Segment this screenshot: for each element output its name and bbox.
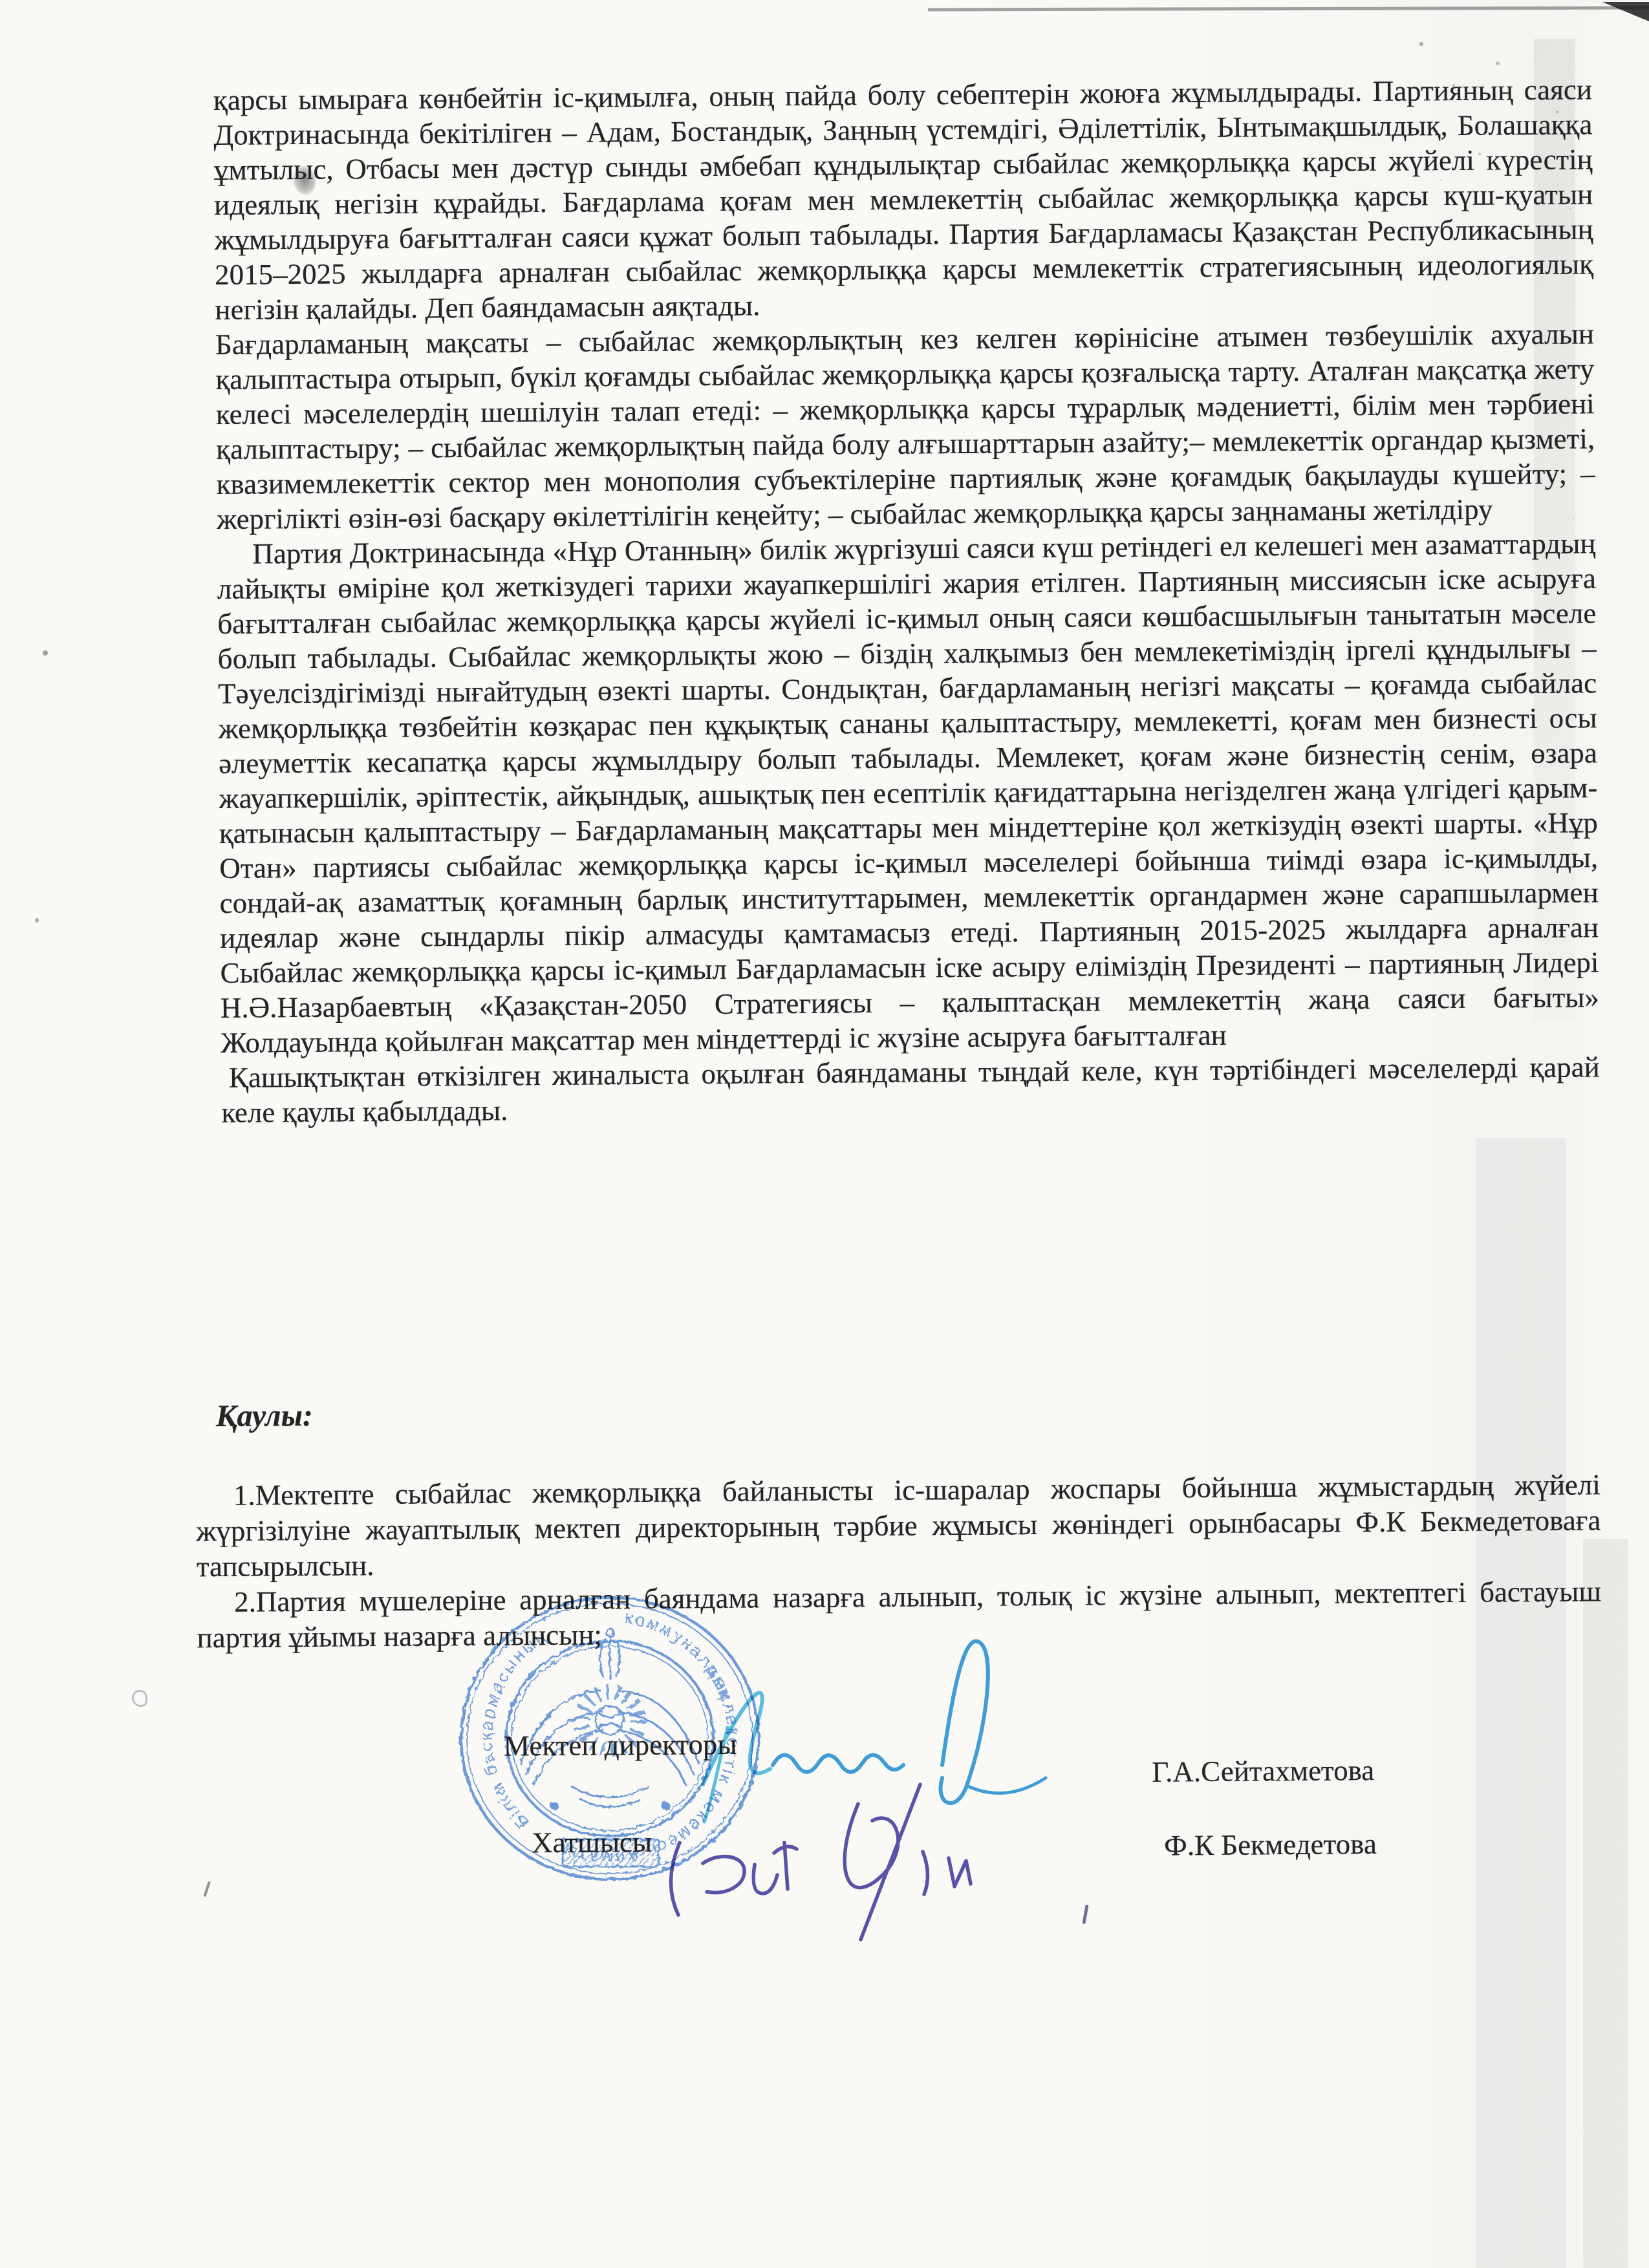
secretary-signature xyxy=(643,1766,1044,1960)
paragraph: Партия Доктринасында «Нұр Отанның» билік… xyxy=(217,526,1599,1060)
paragraph: Қашықтықтан өткізілген жиналыста оқылған… xyxy=(221,1049,1600,1130)
signature-name: Г.А.Сейтахметова xyxy=(1152,1753,1374,1789)
paragraph: Бағдарламаның мақсаты – сыбайлас жемқорл… xyxy=(215,316,1595,537)
resolution-heading: Қаулы: xyxy=(216,1398,313,1434)
signature-name: Ф.К Бекмедетова xyxy=(1164,1827,1377,1863)
document-body: қарсы ымыраға көнбейтін іс-қимылға, оның… xyxy=(213,72,1600,1130)
scanned-document-page: { "doc": { "body_paragraphs": [ "қарсы ы… xyxy=(0,0,1649,2268)
resolution-item: 1.Мектепте сыбайлас жемқорлыққа байланыс… xyxy=(196,1467,1601,1585)
paragraph: қарсы ымыраға көнбейтін іс-қимылға, оның… xyxy=(213,72,1594,327)
